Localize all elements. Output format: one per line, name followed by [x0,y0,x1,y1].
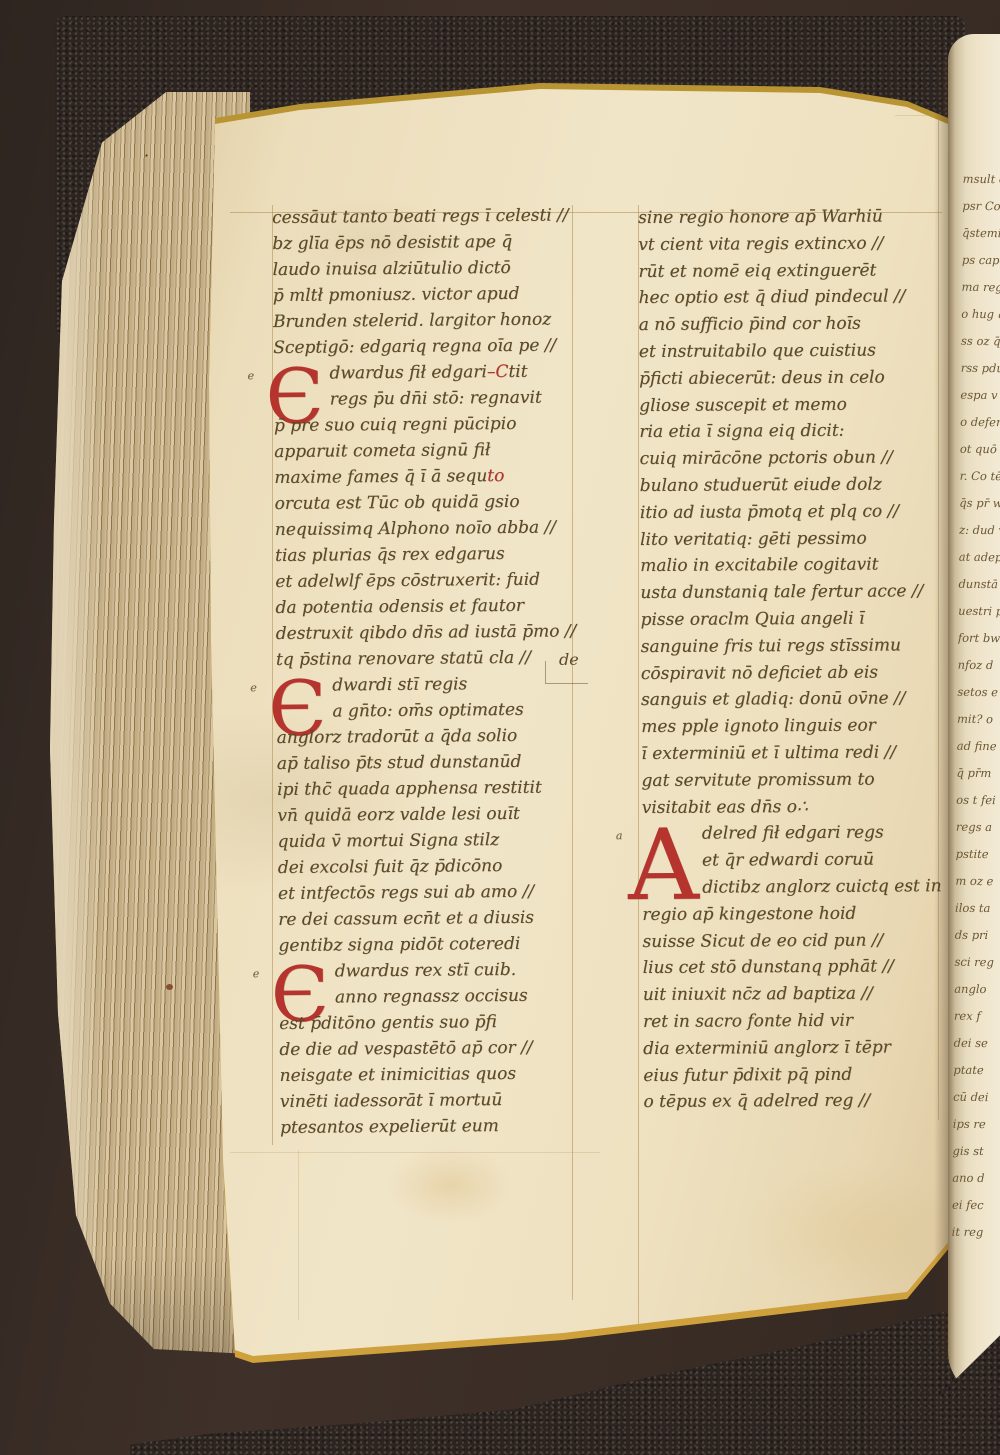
facing-text-fragment: z: dud v [959,517,1000,544]
facing-text-fragment: q̄s pr̄ w [959,490,1000,517]
facing-text-fragment: cū dei [953,1084,999,1111]
manuscript-text-line: vn̄ quidā eorz valde lesi ouīt [277,800,609,829]
rubric-mark: –C [487,362,509,382]
guide-letter: e [253,967,260,980]
facing-text-fragment: it reg [952,1219,998,1246]
facing-text-fragment: msult o [963,166,1000,193]
manuscript-text-line: sanguine fris tui regs stīssimu [641,632,943,661]
manuscript-text-line: itio ad iusta p̄motq et plq co // [640,498,942,527]
manuscript-text-line: o tēpus ex q̄ adelred reg // [643,1087,945,1116]
rubric-mark: to [487,466,504,486]
text-paragraph: Єedwardus fił edgari–Ctitregs p̄u dn̄i s… [273,358,608,673]
stray-pen-mark: ‚ [94,142,98,156]
text-column-right: sine regio honore ap̄ Warhiūvt cient vit… [638,203,946,1116]
facing-text-fragment: regs a [956,814,1000,841]
facing-text-fragment: ano d [952,1165,998,1192]
manuscript-text-line: vinēti iadessorāt ī mortuū [280,1086,612,1115]
manuscript-text-line: orcuta est Tūc ob quidā gsio [274,488,606,517]
stray-ink-dot: · [144,146,149,165]
facing-text-fragment: ss oz q̄ p [961,328,1000,355]
facing-text-fragment: gis st [952,1138,998,1165]
manuscript-photo: ‚ · cessāut tanto beati regs ī celesti /… [0,0,1000,1455]
facing-text-fragment: ps capella [962,247,1000,274]
ruling-line-lower-left [298,1150,299,1320]
facing-text-fragment: ot quō ve [960,436,1000,463]
manuscript-text-line: ria etia ī signa eiq dicit: [639,418,941,447]
rubric-initial-a: A [628,817,700,897]
manuscript-text-line: mes pple ignoto linguis eor [641,712,943,741]
manuscript-text-line: ap̄ taliso p̄ts stud dunstanūd [277,748,609,777]
facing-text-fragment: q̄ pr̄m [956,760,1000,787]
facing-text-fragment: nfoz d [957,652,1000,679]
facing-text-fragment: uestri p [958,598,1000,625]
manuscript-text-line: et instruitabilo que cuistius [639,337,941,366]
manuscript-text-line: pisse oraclm Quia angeli ī [640,605,942,634]
manuscript-text-line: destruxit qibdo dn̄s ad iustā p̄mo // [276,618,608,647]
manuscript-verso-page: cessāut tanto beati regs ī celesti //bz … [195,80,953,1375]
facing-text-fragment: o hug q̄ f [961,301,1000,328]
manuscript-text-line: uit iniuxit nc̄z ad baptiza // [643,980,945,1009]
manuscript-text-line: est p̄ditōno gentis suo p̄fi [279,1008,611,1037]
manuscript-text-line: re dei cassum ecn̄t et a diusis [278,904,610,933]
facing-text-fragment: r. Co tē [959,463,1000,490]
manuscript-text-line: quida v̄ mortui Signa stilz [277,826,609,855]
facing-text-fragment: sci reg [954,949,1000,976]
facing-text-fragment: m oz e [955,868,1000,895]
facing-text-fragment: rex f [954,1003,1000,1030]
manuscript-text-line: de die ad vespastētō ap̄ cor // [279,1034,611,1063]
manuscript-text-line: sanguis et gladiq: donū ov̄ne // [641,685,943,714]
facing-text-fragment: espa v alfo [960,382,1000,409]
facing-text-fragment: setos e [957,679,1000,706]
manuscript-text-line: eius futur p̄dixit pq̄ pind [643,1061,945,1090]
manuscript-text-line: cessāut tanto beati regs ī celesti // [272,202,604,231]
manuscript-text-line: sine regio honore ap̄ Warhiū [638,203,940,232]
manuscript-text-line: apparuit cometa signū fił [274,436,606,465]
rubric-initial-e: Є [271,957,333,1010]
manuscript-text-line: ī exterminiū et ī ultima redi // [641,739,943,768]
manuscript-text-line: da potentia odensis et fautor [275,592,607,621]
manuscript-text-line: maxime fames q̄ ī ā sequto [274,462,606,491]
facing-text-fragment: os t fei [956,787,1000,814]
manuscript-text-line: et adelwlf ēps cōstruxerit: fuid [275,566,607,595]
text-paragraph: Єedwardi stī regisa gn̄to: om̄s optimate… [276,670,610,959]
rust-spot [166,984,173,990]
manuscript-text-line: ret in sacro fonte hid vir [643,1007,945,1036]
manuscript-text-line: a nō sufficio p̄ind cor hoīs [639,310,941,339]
facing-text-fragment: rss pduid [961,355,1000,382]
manuscript-text-line: bulano studuerūt eiude dolz [640,471,942,500]
margin-note: de [559,650,579,669]
manuscript-text-line: ipi thc̄ quada apphensa restitit [277,774,609,803]
text-paragraph: Єedwardus rex stī cuib.anno regnassz occ… [279,956,613,1141]
manuscript-text-line: rūt et nomē eiq extinguerēt [638,257,940,286]
facing-text-fragment: ad fine [957,733,1000,760]
text-paragraph: sine regio honore ap̄ Warhiūvt cient vit… [638,203,944,821]
manuscript-text-line: bz glīa ēps nō desistit ape q̄ [272,228,604,257]
facing-text-fragment: fort bw [958,625,1000,652]
facing-text-fragment: anglo [954,976,1000,1003]
manuscript-text-line: anglorz tradorūt a q̄da solio [277,722,609,751]
manuscript-text-line: lito veritatiq: gēti pessimo [640,525,942,554]
manuscript-text-line: dia exterminiū anglorz ī tēpr [643,1034,945,1063]
guide-letter: e [247,369,254,382]
facing-text-fragment: dei se [954,1030,1000,1057]
manuscript-text-line: p̄ficti abiecerūt: deus in celo [639,364,941,393]
text-paragraph: Aadelred fił edgari regset q̄r edwardi c… [642,819,946,1116]
manuscript-text-line: gat servitute promissum to [641,766,943,795]
facing-text-fragment: at adepi [959,544,1000,571]
manuscript-text-line: dei excolsi fuit q̄z p̄dicōno [278,852,610,881]
manuscript-text-line: gliose suscepit et memo [639,391,941,420]
manuscript-text-line: p̄ mltł pmoniusz. victor apud [273,280,605,309]
rubric-initial-e: Є [268,671,330,724]
facing-text-fragment: ptate [953,1057,999,1084]
manuscript-text-line: vt cient vita regis extincxo // [638,230,940,259]
facing-text-fragment: pstite [956,841,1000,868]
manuscript-text-line: et intfectōs regs sui ab amo // [278,878,610,907]
facing-text-fragment: q̄stemi: o [962,220,1000,247]
manuscript-text-line: cuiq mirācōne pctoris obun // [639,444,941,473]
facing-text-fragment: dunstā [958,571,1000,598]
manuscript-text-line: cōspiravit nō deficiet ab eis [641,659,943,688]
facing-text-fragment: ei fec [952,1192,998,1219]
facing-text-fragment: ilos ta [955,895,1000,922]
manuscript-text-line: nequissimq Alphono noīo abba // [275,514,607,543]
facing-text-fragment: psr Cost [962,193,1000,220]
manuscript-text-line: Brunden stelerid. largitor honoz [273,306,605,335]
guide-letter: a [616,829,623,842]
manuscript-text-line: tias plurias q̄s rex edgarus [275,540,607,569]
manuscript-text-line: p̄ pre suo cuiq regni pūcipio [274,410,606,439]
facing-text-fragment: ma regs [961,274,1000,301]
manuscript-text-line: ptesantos expelierūt eum [280,1112,612,1141]
facing-recto-page: msult opsr Costq̄stemi: ops capellama re… [948,34,1000,1398]
facing-text-fragment: mit? o [957,706,1000,733]
manuscript-text-line: usta dunstaniq tale fertur acce // [640,578,942,607]
manuscript-text-line: regio ap̄ kingestone hoid [642,900,944,929]
facing-text-fragment: o defervit [960,409,1000,436]
manuscript-text-line: neisgate et inimicitias quos [279,1060,611,1089]
rubric-initial-e: Є [265,359,327,412]
manuscript-text-line: suisse Sicut de eo cid pun // [642,927,944,956]
guide-letter: e [250,681,257,694]
text-paragraph: cessāut tanto beati regs ī celesti //bz … [272,202,605,361]
facing-page-text: msult opsr Costq̄stemi: ops capellama re… [951,166,1000,1286]
manuscript-text-line: laudo inuisa alziūtulio dictō [272,254,604,283]
manuscript-text-line: malio in excitabile cogitavit [640,552,942,581]
manuscript-text-line: lius cet stō dunstanq pphāt // [643,953,945,982]
manuscript-text-line: hec optio est q̄ diud pindecul // [638,284,940,313]
ruling-line-bottom [230,1152,600,1153]
facing-text-fragment: ds pri [955,922,1000,949]
facing-text-fragment: ips re [953,1111,999,1138]
